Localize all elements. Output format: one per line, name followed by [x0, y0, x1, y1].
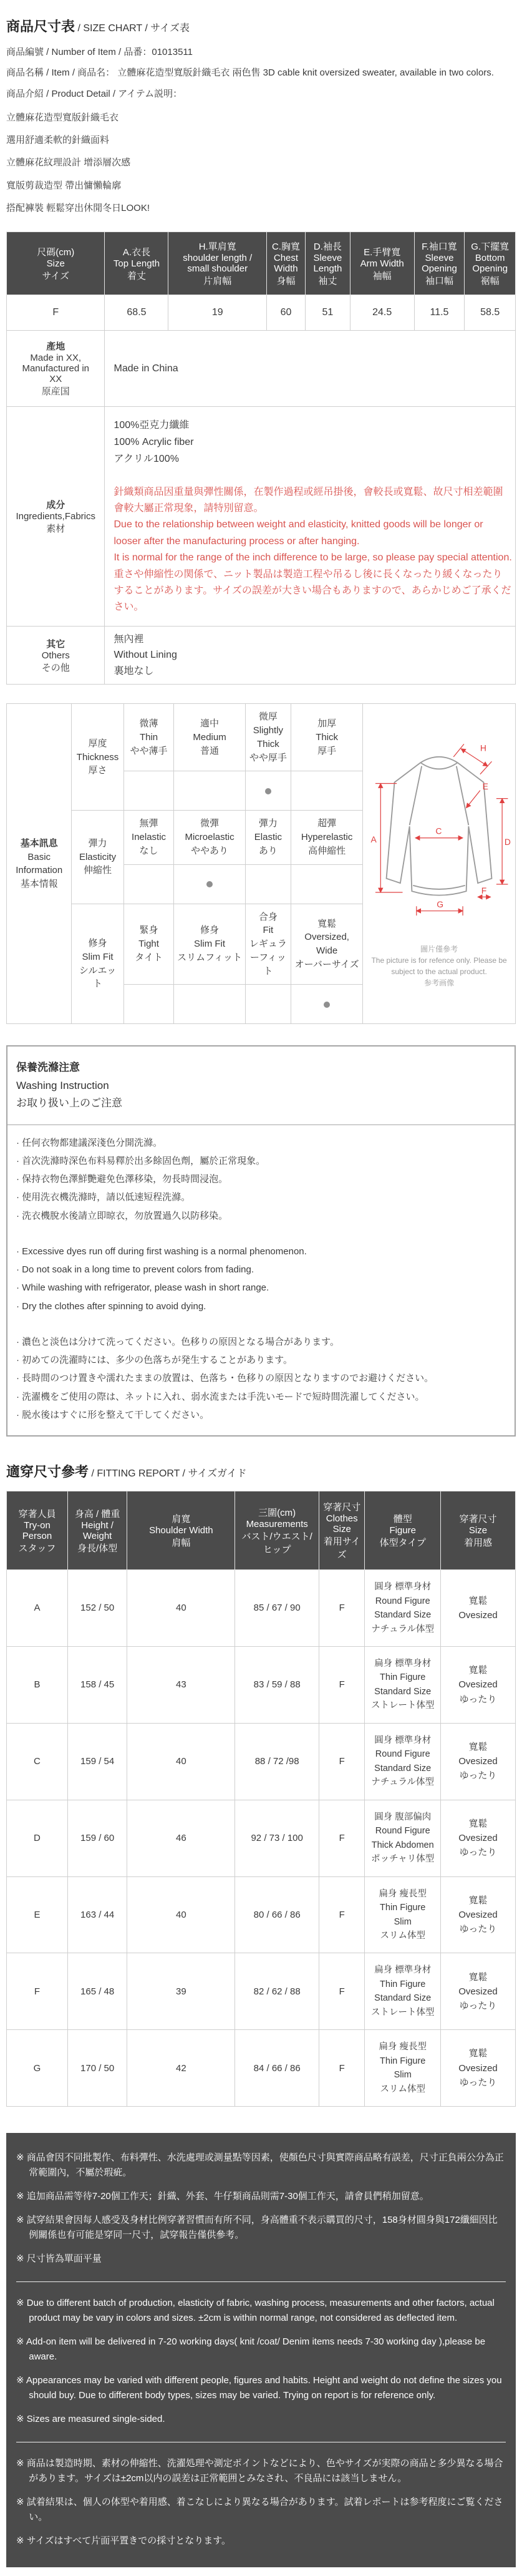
fitting-cell: 80 / 66 / 86: [235, 1876, 319, 1953]
attribute-name-fit: 修身 Slim Fit シルエット: [72, 904, 123, 1024]
fitting-cell: F: [319, 1570, 364, 1647]
attribute-name-elasticity: 彈力 Elasticity 伸縮性: [72, 811, 123, 904]
fitting-header-measurements: 三圍(cm) Measurements バスト/ウエスト/ヒップ: [235, 1491, 319, 1570]
size-chart-header-bottom-opening: G.下擺寬 Bottom Opening 裾幅: [465, 232, 516, 295]
fitting-cell: F: [7, 1953, 68, 2030]
page-title-rest: / SIZE CHART / サイズ表: [77, 23, 190, 34]
footer-note: ※ 商品會因不同批製作、布料彈性、水洗處理或測量點等因素，使顏色尺寸與實際商品略…: [16, 2150, 506, 2180]
fitting-cell: 163 / 44: [67, 1876, 127, 1953]
product-detail-label: 商品介紹 / Product Detail / アイテム説明：: [6, 86, 516, 102]
ingredients-value-cell: 100%亞克力纖維 100% Acrylic fiber アクリル100% 針織…: [105, 407, 516, 627]
attribute-dot-cell: [291, 864, 363, 904]
footer-note: ※ 試穿結果會因每人感受及身材比例穿著習慣而有所不同，身高體重不表示購買的尺寸，…: [16, 2213, 506, 2243]
others-value-cell: 無內裡 Without Lining 裏地なし: [105, 626, 516, 685]
fitting-figure-cell: 扁身 瘦長型 Thin Figure Slim スリム体型: [365, 2030, 441, 2107]
size-value-cell: 60: [266, 295, 305, 331]
size-value-cell: 19: [168, 295, 266, 331]
size-value-cell: 24.5: [350, 295, 414, 331]
size-chart-header-sleeve-opening: F.袖口寬 Sleeve Opening 袖口幅: [414, 232, 465, 295]
basic-info-table: 基本訊息 Basic Information 基本情報 厚度 Thickness…: [6, 703, 516, 1024]
attribute-option-cell: 適中 Medium 普通: [174, 704, 245, 771]
fitting-figure-cell: 扁身 標準身材 Thin Figure Standard Size ストレート体…: [365, 1646, 441, 1723]
fitting-cell: 39: [127, 1953, 235, 2030]
footer-section-en: ※ Due to different batch of production, …: [16, 2281, 506, 2442]
fitting-cell: 40: [127, 1876, 235, 1953]
diagram-label-a: A: [371, 834, 377, 844]
fitting-row: A 152 / 50 40 85 / 67 / 90 F 圓身 標準身材 Rou…: [7, 1570, 516, 1647]
size-chart-header-size: 尺碼(cm) Size サイズ: [7, 232, 105, 295]
fitting-header-person: 穿著人員 Try-on Person スタッフ: [7, 1491, 68, 1570]
fitting-row: G 170 / 50 42 84 / 66 / 86 F 扁身 瘦長型 Thin…: [7, 2030, 516, 2107]
fitting-cell: F: [319, 1800, 364, 1876]
attribute-dot-cell: [174, 771, 245, 811]
fitting-row: F 165 / 48 39 82 / 62 / 88 F 扁身 標準身材 Thi…: [7, 1953, 516, 2030]
fitting-feel-cell: 寬鬆 Ovesized: [441, 1570, 516, 1647]
product-detail-line: 立體麻花造型寬版針織毛衣: [6, 110, 516, 125]
fitting-figure-cell: 圓身 腹部偏肉 Round Figure Thick Abdomen ポッチャリ…: [365, 1800, 441, 1876]
attribute-option-cell: 微薄 Thin やや薄手: [123, 704, 174, 771]
attribute-option-cell: 合身 Fit レギュラーフィット: [245, 904, 291, 985]
page: 商品尺寸表 / SIZE CHART / サイズ表 商品編號 / Number …: [0, 0, 522, 2576]
item-name-line: 商品名稱 / Item / 商品名： 立體麻花造型寬版針織毛衣 兩色售 3D c…: [6, 65, 516, 81]
attribute-dot-cell: [123, 771, 174, 811]
fitting-cell: F: [319, 1646, 364, 1723]
footer-notes-box: ※ 商品會因不同批製作、布料彈性、水洗處理或測量點等因素，使顏色尺寸與實際商品略…: [6, 2133, 516, 2567]
attribute-option-cell: 微厚 Slightly Thick やや厚手: [245, 704, 291, 771]
footer-note: ※ Sizes are measured single-sided.: [16, 2412, 506, 2427]
footer-section-zh: ※ 商品會因不同批製作、布料彈性、水洗處理或測量點等因素，使顏色尺寸與實際商品略…: [16, 2137, 506, 2281]
fitting-figure-cell: 扁身 瘦長型 Thin Figure Slim スリム体型: [365, 1876, 441, 1953]
fitting-row: D 159 / 60 46 92 / 73 / 100 F 圓身 腹部偏肉 Ro…: [7, 1800, 516, 1876]
ingredients-row: 成分 Ingredients,Fabrics 素材 100%亞克力纖維 100%…: [7, 407, 516, 627]
product-detail-line: 選用舒適柔軟的針織面料: [6, 133, 516, 147]
attribute-option-cell: 修身 Slim Fit スリムフィット: [174, 904, 245, 985]
diagram-label-e: E: [483, 781, 488, 791]
fitting-feel-cell: 寬鬆 Ovesized ゆったり: [441, 1953, 516, 2030]
fitting-cell: 159 / 60: [67, 1800, 127, 1876]
fitting-cell: 40: [127, 1570, 235, 1647]
size-chart-header-shoulder: H.單肩寬 shoulder length / small shoulder 片…: [168, 232, 266, 295]
origin-row: 產地 Made in XX, Manufactured in XX 原産国 Ma…: [7, 331, 516, 407]
fitting-cell: B: [7, 1646, 68, 1723]
fitting-cell: 88 / 72 /98: [235, 1723, 319, 1800]
fitting-cell: 42: [127, 2030, 235, 2107]
attribute-option-cell: 無彈 Inelastic なし: [123, 811, 174, 864]
size-chart-header-chest: C.胸寬 Chest Width 身幅: [266, 232, 305, 295]
fitting-header-figure: 體型 Figure 体型タイプ: [365, 1491, 441, 1570]
origin-value-cell: Made in China: [105, 331, 516, 407]
attribute-option-cell: 緊身 Tight タイト: [123, 904, 174, 985]
washing-body: · 任何衣物都建議深淺色分開洗滌。 · 首次洗滌時深色布料易釋於出多餘固色劑，屬…: [7, 1125, 515, 1436]
attribute-dot-cell: [245, 771, 291, 811]
fitting-figure-cell: 圓身 標準身材 Round Figure Standard Size ナチュラル…: [365, 1723, 441, 1800]
fitting-cell: F: [319, 1953, 364, 2030]
fitting-header-height-weight: 身高 / 體重 Height / Weight 身長/体型: [67, 1491, 127, 1570]
fitting-cell: 159 / 54: [67, 1723, 127, 1800]
footer-section-ja: ※ 商品は製造時期、素材の伸縮性、洗濯処理や測定ポイントなどにより、色やサイズが…: [16, 2442, 506, 2564]
fitting-cell: A: [7, 1570, 68, 1647]
fitting-title-zh: 適穿尺寸參考: [6, 1464, 89, 1480]
fitting-cell: 165 / 48: [67, 1953, 127, 2030]
fitting-table: 穿著人員 Try-on Person スタッフ 身高 / 體重 Height /…: [6, 1491, 516, 2107]
attribute-dot-cell: [123, 985, 174, 1024]
washing-text-en: · Excessive dyes run off during first wa…: [16, 1242, 506, 1315]
footer-note: ※ サイズはすべて片面平置きでの採寸となります。: [16, 2534, 506, 2549]
fitting-cell: C: [7, 1723, 68, 1800]
attribute-option-cell: 加厚 Thick 厚手: [291, 704, 363, 771]
fitting-cell: 82 / 62 / 88: [235, 1953, 319, 2030]
attribute-dot-cell: [174, 985, 245, 1024]
washing-instruction-box: 保養洗滌注意 Washing Instruction お取り扱い上のご注意 · …: [6, 1045, 516, 1437]
washing-header: 保養洗滌注意 Washing Instruction お取り扱い上のご注意: [7, 1046, 515, 1125]
attribute-dot-cell: [123, 864, 174, 904]
fitting-cell: E: [7, 1876, 68, 1953]
fitting-header-feel: 穿著尺寸 Size 着用感: [441, 1491, 516, 1570]
fitting-cell: 92 / 73 / 100: [235, 1800, 319, 1876]
fitting-row: E 163 / 44 40 80 / 66 / 86 F 扁身 瘦長型 Thin…: [7, 1876, 516, 1953]
size-chart-header-sleeve-length: D.袖長 Sleeve Length 袖丈: [305, 232, 350, 295]
size-value-cell: 68.5: [105, 295, 168, 331]
footer-note: ※ Appearances may be varied with differe…: [16, 2373, 506, 2403]
diagram-label-d: D: [505, 837, 511, 847]
footer-note: ※ 商品は製造時期、素材の伸縮性、洗濯処理や測定ポイントなどにより、色やサイズが…: [16, 2456, 506, 2486]
fitting-feel-cell: 寬鬆 Ovesized ゆったり: [441, 1646, 516, 1723]
diagram-caption: 圖片僅參考 The picture is for refence only. P…: [365, 944, 513, 988]
fitting-feel-cell: 寬鬆 Ovesized ゆったり: [441, 1876, 516, 1953]
attribute-name-thickness: 厚度 Thickness 厚さ: [72, 704, 123, 811]
fitting-cell: 43: [127, 1646, 235, 1723]
ingredients-text: 100%亞克力纖維 100% Acrylic fiber アクリル100%: [114, 417, 512, 468]
fitting-cell: F: [319, 1876, 364, 1953]
attribute-dot-cell: [291, 771, 363, 811]
fitting-cell: 84 / 66 / 86: [235, 2030, 319, 2107]
fitting-cell: F: [319, 1723, 364, 1800]
attribute-dot-cell: [245, 985, 291, 1024]
ingredients-label-cell: 成分 Ingredients,Fabrics 素材: [7, 407, 105, 627]
attribute-dot-cell: [174, 864, 245, 904]
product-detail-line: 搭配褲裝 輕鬆穿出休閒冬日LOOK!: [6, 201, 516, 215]
fitting-figure-cell: 圓身 標準身材 Round Figure Standard Size ナチュラル…: [365, 1570, 441, 1647]
size-value-cell: 51: [305, 295, 350, 331]
fitting-header-clothes-size: 穿著尺寸 Clothes Size 着用サイズ: [319, 1491, 364, 1570]
fitting-figure-cell: 扁身 標準身材 Thin Figure Standard Size ストレート体…: [365, 1953, 441, 2030]
footer-note: ※ 追加商品需等待7-20個工作天；針織、外套、牛仔類商品則需7-30個工作天，…: [16, 2189, 506, 2204]
fitting-cell: F: [319, 2030, 364, 2107]
attribute-option-cell: 彈力 Elastic あり: [245, 811, 291, 864]
fitting-cell: D: [7, 1800, 68, 1876]
fitting-cell: 46: [127, 1800, 235, 1876]
origin-label-cell: 產地 Made in XX, Manufactured in XX 原産国: [7, 331, 105, 407]
fitting-cell: 158 / 45: [67, 1646, 127, 1723]
fitting-report-title: 適穿尺寸參考 / FITTING REPORT / サイズガイド: [6, 1461, 516, 1481]
others-row: 其它 Others その他 無內裡 Without Lining 裏地なし: [7, 626, 516, 685]
diagram-label-f: F: [481, 885, 487, 895]
fitting-cell: 85 / 67 / 90: [235, 1570, 319, 1647]
footer-note: ※ Add-on item will be delivered in 7-20 …: [16, 2334, 506, 2364]
diagram-label-g: G: [437, 899, 443, 909]
size-value-cell: 11.5: [414, 295, 465, 331]
size-chart-table: 尺碼(cm) Size サイズ A.衣長 Top Length 着丈 H.單肩寬…: [6, 232, 516, 685]
fitting-title-rest: / FITTING REPORT / サイズガイド: [91, 1468, 246, 1479]
size-chart-header-top-length: A.衣長 Top Length 着丈: [105, 232, 168, 295]
fitting-feel-cell: 寬鬆 Ovesized ゆったり: [441, 1800, 516, 1876]
fitting-cell: 152 / 50: [67, 1570, 127, 1647]
others-label-cell: 其它 Others その他: [7, 626, 105, 685]
fitting-cell: 170 / 50: [67, 2030, 127, 2107]
footer-note: ※ 尺寸皆為單面平量: [16, 2252, 506, 2266]
attribute-option-cell: 微彈 Microelastic ややあり: [174, 811, 245, 864]
size-value-cell: 58.5: [465, 295, 516, 331]
size-value-cell: F: [7, 295, 105, 331]
attribute-option-cell: 寬鬆 Oversized, Wide オーバーサイズ: [291, 904, 363, 985]
sweater-measurement-diagram: A C D E F G: [367, 739, 511, 934]
washing-text-zh: · 任何衣物都建議深淺色分開洗滌。 · 首次洗滌時深色布料易釋於出多餘固色劑，屬…: [16, 1134, 506, 1225]
fitting-row: C 159 / 54 40 88 / 72 /98 F 圓身 標準身材 Roun…: [7, 1723, 516, 1800]
page-title: 商品尺寸表 / SIZE CHART / サイズ表: [6, 16, 516, 36]
fitting-row: B 158 / 45 43 83 / 59 / 88 F 扁身 標準身材 Thi…: [7, 1646, 516, 1723]
attribute-option-cell: 超彈 Hyperelastic 高伸縮性: [291, 811, 363, 864]
fitting-cell: 83 / 59 / 88: [235, 1646, 319, 1723]
diagram-label-c: C: [436, 826, 442, 836]
size-chart-row-f: F 68.5 19 60 51 24.5 11.5 58.5: [7, 295, 516, 331]
fitting-header-shoulder: 肩寬 Shoulder Width 肩幅: [127, 1491, 235, 1570]
ingredients-warning-text: 針織類商品因重量與彈性關係，在製作過程或經吊掛後，會較長或寬鬆、故尺寸相差範圍會…: [114, 484, 512, 616]
fitting-cell: 40: [127, 1723, 235, 1800]
footer-note: ※ Due to different batch of production, …: [16, 2296, 506, 2326]
item-number-line: 商品編號 / Number of Item / 品番：01013511: [6, 44, 516, 61]
footer-note: ※ 試着結果は、個人の体型や着用感、着こなしにより異なる場合があります。試着レポ…: [16, 2495, 506, 2525]
fitting-feel-cell: 寬鬆 Ovesized ゆったり: [441, 1723, 516, 1800]
washing-text-ja: · 濃色と淡色は分けて洗ってください。色移りの原因となる場合があります。 · 初…: [16, 1333, 506, 1424]
basic-info-header-cell: 基本訊息 Basic Information 基本情報: [7, 704, 72, 1024]
product-detail-line: 寬版剪裁造型 帶出慵懶輪廓: [6, 178, 516, 193]
attribute-dot-cell: [245, 864, 291, 904]
product-detail-line: 立體麻花紋理設計 增添層次感: [6, 155, 516, 170]
fitting-feel-cell: 寬鬆 Ovesized ゆったり: [441, 2030, 516, 2107]
attribute-dot-cell: [291, 985, 363, 1024]
page-title-zh: 商品尺寸表: [6, 19, 75, 34]
fitting-cell: G: [7, 2030, 68, 2107]
size-chart-header-arm-width: E.手臂寬 Arm Width 袖幅: [350, 232, 414, 295]
diagram-cell: A C D E F G: [363, 704, 516, 1024]
diagram-label-h: H: [480, 743, 486, 753]
